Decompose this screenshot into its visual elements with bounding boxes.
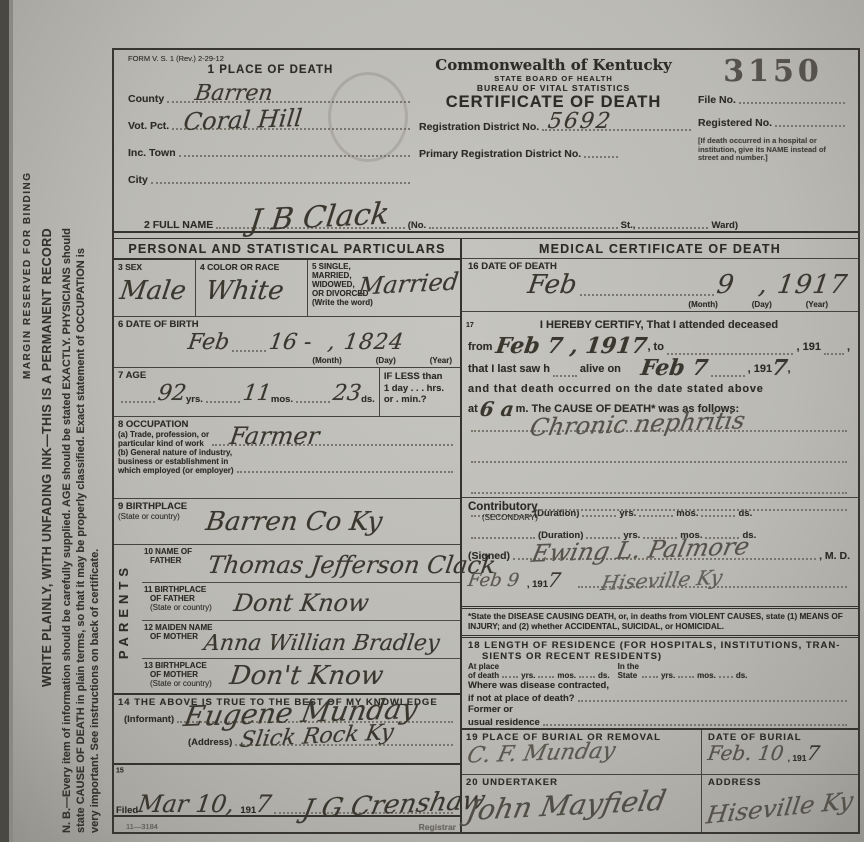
time-of-death-value: 6 a: [478, 399, 515, 419]
inc-town-label: Inc. Town: [128, 147, 176, 159]
form-code: FORM V. S. 1 (Rev.) 2-29-12: [128, 54, 413, 63]
hospital-instruction-note: [If death occurred in a hospital or inst…: [698, 137, 848, 163]
dotted-line: J B Clack: [216, 218, 404, 229]
dotted-line: [667, 344, 794, 355]
form-header: FORM V. S. 1 (Rev.) 2-29-12 1 PLACE OF D…: [114, 50, 858, 198]
dotted-line: [471, 483, 847, 494]
dotted-line: [538, 667, 554, 678]
signed-date-address-line: Feb 9 , 191 7 Hiseville Ky: [468, 570, 850, 590]
last-saw-label: that I last saw h: [468, 359, 550, 379]
to-comma: ,: [847, 337, 850, 357]
dod-day-sublabel: (Day): [752, 300, 772, 309]
registrar-label: Registrar: [116, 822, 456, 832]
residence-section: 18 LENGTH OF RESIDENCE (FOR HOSPITALS, I…: [462, 638, 858, 730]
certificate-number: 3150: [698, 54, 848, 89]
dob-label: 6 DATE OF BIRTH: [118, 319, 460, 330]
county-label: County: [128, 93, 164, 105]
month-sublabel: (Month): [312, 356, 341, 365]
mother-birthplace-row: 13 BIRTHPLACE OF MOTHER (State or countr…: [142, 659, 460, 694]
age-label: 7 AGE: [118, 370, 379, 381]
full-name-label: 2 FULL NAME: [144, 219, 213, 231]
filed-date-value: Mar 10,: [136, 792, 236, 816]
signed-year-digit: 7: [547, 570, 563, 590]
father-birthplace-row: 11 BIRTHPLACE OF FATHER (State or countr…: [142, 583, 460, 621]
dotted-line: [471, 452, 847, 463]
if-less-line1: IF LESS than: [384, 371, 458, 383]
dotted-line: [296, 392, 330, 403]
registration-district-value: 5692: [547, 111, 614, 133]
inc-town-field: Inc. Town: [128, 132, 413, 159]
death-occurred-line: and that death occurred on the date stat…: [468, 379, 850, 399]
dotted-line: [471, 528, 535, 539]
filed-year-digit: 7: [255, 792, 274, 816]
knowledge-section: 14 THE ABOVE IS TRUE TO THE BEST OF MY K…: [114, 695, 460, 765]
dotted-line: [580, 285, 714, 296]
to-191: , 191: [796, 337, 820, 357]
contributory-line: Contributory: [468, 500, 850, 513]
state-board-line: STATE BOARD OF HEALTH: [413, 74, 694, 83]
in-the-label2: State: [618, 671, 639, 680]
date-of-death-row: 16 DATE OF DEATH Feb 9 , 1917 (Month) (D…: [462, 259, 858, 312]
dod-year-value: , 1917: [757, 272, 849, 298]
dotted-line: [579, 667, 595, 678]
street-no-label: (No.: [408, 220, 426, 231]
contracted-label-line1: Where was disease contracted,: [468, 680, 850, 691]
race-value: White: [204, 278, 285, 304]
dob-month-value: Feb: [186, 332, 230, 354]
at-label: at: [468, 399, 478, 419]
dod-month-value: Feb: [526, 272, 578, 298]
attended-from-line: from Feb 7 , 1917 , to , 191 ,: [468, 335, 850, 357]
dotted-line: Farmer: [212, 435, 453, 446]
r1-mos: mos.: [557, 671, 576, 680]
occupation-b-line2: business or establishment in: [118, 457, 234, 466]
margin-binding-note: MARGIN RESERVED FOR BINDING: [22, 55, 33, 495]
county-value: Barren: [194, 83, 275, 105]
street-label: St.,: [621, 220, 636, 231]
occupation-a-line1: (a) Trade, profession, or: [118, 430, 209, 439]
dotted-line: [824, 344, 844, 355]
certify-number: 17: [466, 316, 474, 336]
registered-no-label: Registered No.: [698, 117, 772, 129]
dotted-line: Ewing L. Palmore: [513, 549, 816, 560]
primary-district-label: Primary Registration District No.: [419, 148, 581, 160]
age-days-value: 23: [332, 383, 363, 405]
if-less-line3: or . min.?: [384, 394, 458, 406]
father-name-value: Thomas Jefferson Clack: [206, 553, 497, 577]
file-no-label: File No.: [698, 94, 736, 106]
dotted-line: Chronic nephritis: [471, 421, 847, 432]
dotted-line: [502, 667, 518, 678]
dotted-line: [237, 462, 453, 473]
burial-place-value: C. F. Munday: [465, 740, 617, 767]
dotted-line: [642, 667, 658, 678]
dotted-line: Slick Rock Ky: [235, 735, 453, 746]
dotted-line: [206, 392, 240, 403]
dod-day-value: 9: [715, 272, 735, 298]
dod-sublabels: (Month) (Day) (Year): [688, 300, 828, 309]
personal-section-title: PERSONAL AND STATISTICAL PARTICULARS: [114, 239, 460, 260]
dotted-line: [578, 691, 847, 702]
last-seen-191: , 191: [748, 359, 772, 379]
file-no-field: File No.: [698, 93, 848, 106]
ward-label: Ward): [711, 220, 738, 231]
dotted-line: [151, 173, 410, 184]
file-number-block: 3150 File No. Registered No. [If death o…: [694, 50, 858, 198]
occupation-b-line3: which employed (or employer): [118, 466, 234, 475]
full-name-row: 2 FULL NAME J B Clack (No. St., Ward): [114, 198, 858, 231]
dotted-line: [121, 392, 155, 403]
margin-nb-note: N. B.—Every item of information should b…: [60, 225, 106, 833]
cause-line: Chronic nephritis: [468, 421, 850, 434]
dotted-line: Eugene Munday: [177, 712, 453, 723]
filed-row: 15 Filed Mar 10, 191 7 J G Crenshaw Regi…: [114, 765, 460, 817]
md-label: , M. D.: [819, 550, 850, 562]
filed-label: Filed: [116, 805, 138, 816]
residence-label-line2: SIENTS OR RECENT RESIDENTS): [468, 651, 850, 662]
dod-year-sublabel: (Year): [806, 300, 828, 309]
commonwealth-title: Commonwealth of Kentucky: [413, 56, 694, 74]
burial-place-cell: 19 PLACE OF BURIAL OR REMOVAL C. F. Mund…: [462, 730, 702, 774]
parents-section: PARENTS 10 NAME OF FATHER Thomas Jeffers…: [114, 545, 460, 695]
dotted-line: [429, 218, 617, 229]
last-seen-value: Feb 7: [639, 357, 709, 379]
signed-191: , 191: [527, 579, 548, 590]
burial-row: 19 PLACE OF BURIAL OR REMOVAL C. F. Mund…: [462, 730, 858, 775]
undertaker-address-cell: ADDRESS Hiseville Ky: [702, 775, 858, 832]
father-name-row: 10 NAME OF FATHER Thomas Jefferson Clack: [142, 545, 460, 583]
dotted-line: Hiseville Ky: [578, 577, 847, 588]
sex-label: 3 SEX: [118, 262, 195, 272]
r2-yrs: yrs.: [661, 671, 675, 680]
dotted-line: Coral Hill: [172, 119, 410, 130]
dotted-line: [179, 146, 410, 157]
r1-ds: ds.: [598, 671, 610, 680]
r2-mos: mos.: [697, 671, 716, 680]
dotted-line: [543, 715, 847, 726]
cause-extra-line: [468, 452, 850, 465]
mos-label: mos.: [271, 394, 293, 405]
residence-label-line1: 18 LENGTH OF RESIDENCE (FOR HOSPITALS, I…: [468, 640, 850, 651]
yrs-label: yrs.: [186, 394, 203, 405]
informant-address-label: (Address): [188, 737, 232, 748]
dotted-line: [775, 116, 845, 127]
dotted-line: [711, 366, 745, 377]
dotted-line: [739, 93, 845, 104]
date-of-birth-row: 6 DATE OF BIRTH Feb 16 - , 1824 (Month) …: [114, 317, 460, 368]
county-field: County Barren: [128, 78, 413, 105]
city-label: City: [128, 174, 148, 186]
secondary-sublabel: (SECONDARY): [468, 513, 850, 522]
occupation-row: 8 OCCUPATION (a) Trade, profession, or p…: [114, 417, 460, 499]
city-field: City: [128, 159, 413, 186]
at-place-label2: of death: [468, 671, 499, 680]
if-less-cell: IF LESS than 1 day . . . hrs. or . min.?: [379, 368, 460, 416]
undertaker-address-value: Hiseville Ky: [705, 789, 855, 828]
mother-name-row: 12 MAIDEN NAME OF MOTHER Anna Willian Br…: [142, 621, 460, 659]
registered-no-field: Registered No.: [698, 116, 848, 129]
vot-pct-label: Vot. Pct.: [128, 120, 169, 132]
full-name-value: J B Clack: [248, 199, 391, 236]
race-label: 4 COLOR OR RACE: [200, 262, 307, 272]
dob-sublabels: (Month) (Day) (Year): [312, 356, 452, 365]
burial-191: , 191: [788, 753, 807, 763]
r2-ds: ds.: [736, 671, 748, 680]
race-cell: 4 COLOR OR RACE White: [196, 260, 308, 316]
age-cell: 7 AGE 92 yrs. 11 mos. 23 ds.: [114, 368, 379, 416]
bureau-line: BUREAU OF VITAL STATISTICS: [413, 83, 694, 93]
attended-from-value: Feb 7 , 1917: [495, 335, 649, 357]
registrar-signature: J G Crenshaw: [301, 787, 488, 822]
personal-column: PERSONAL AND STATISTICAL PARTICULARS 3 S…: [114, 239, 462, 832]
alive-on-label: alive on: [580, 359, 621, 379]
voting-precinct-field: Vot. Pct. Coral Hill: [128, 105, 413, 132]
primary-district-field: Primary Registration District No.: [413, 147, 694, 160]
mother-name-value: Anna Willian Bradley: [202, 633, 440, 655]
dotted-line: [553, 366, 577, 377]
undertaker-address-label: ADDRESS: [708, 777, 858, 788]
informant-address-value: Slick Rock Ky: [239, 722, 396, 752]
last-saw-line: that I last saw h alive on Feb 7 , 191 7…: [468, 357, 850, 379]
sex-race-marital-row: 3 SEX Male 4 COLOR OR RACE White 5 SINGL…: [114, 260, 460, 317]
informant-label: (Informant): [124, 714, 174, 725]
signed-date-value: Feb 9: [467, 572, 520, 590]
dotted-line: [232, 341, 266, 352]
birthplace-value: Barren Co Ky: [204, 509, 384, 535]
parents-vertical-label: PARENTS: [116, 563, 131, 659]
dotted-line: [638, 218, 708, 229]
commonwealth-block: Commonwealth of Kentucky STATE BOARD OF …: [413, 50, 694, 198]
medical-section-title: MEDICAL CERTIFICATE OF DEATH: [462, 239, 858, 259]
dob-year-value: , 1824: [326, 332, 405, 354]
signed-label: (Signed): [468, 550, 510, 562]
certificate-form: FORM V. S. 1 (Rev.) 2-29-12 1 PLACE OF D…: [112, 48, 860, 834]
birthplace-row: 9 BIRTHPLACE (State or country) Barren C…: [114, 499, 460, 545]
place-of-death-heading: 1 PLACE OF DEATH: [128, 64, 413, 76]
former-label-line1: Former or: [468, 704, 850, 715]
occupation-a-line2: particular kind of work: [118, 439, 209, 448]
sex-value: Male: [118, 278, 187, 304]
cause-of-death-value: Chronic nephritis: [528, 408, 747, 439]
undertaker-cell: 20 UNDERTAKER John Mayfield: [462, 775, 702, 832]
age-months-value: 11: [241, 383, 272, 405]
cause-footnote: *State the DISEASE CAUSING DEATH, or, in…: [462, 606, 858, 638]
from-label: from: [468, 337, 492, 357]
marital-label-line5: (Write the word): [312, 298, 460, 307]
certify-statement: I HEREBY CERTIFY, That I attended deceas…: [540, 315, 778, 335]
burial-date-cell: DATE OF BURIAL Feb. 10 , 191 7: [702, 730, 858, 774]
cause-extra-line2: [468, 483, 850, 496]
residence-duration-line: At place of death yrs. mos. ds. In the S…: [468, 662, 850, 680]
age-row: 7 AGE 92 yrs. 11 mos. 23 ds.: [114, 368, 460, 417]
age-years-value: 92: [156, 383, 187, 405]
occupation-b-line1: (b) General nature of industry,: [118, 448, 234, 457]
undertaker-value: John Mayfield: [464, 787, 668, 825]
father-bp-value: Dont Know: [232, 591, 370, 615]
marital-value: Married: [357, 269, 460, 298]
marital-cell: 5 SINGLE, MARRIED, WIDOWED, OR DIVORCED …: [308, 260, 460, 316]
place-of-death-block: FORM V. S. 1 (Rev.) 2-29-12 1 PLACE OF D…: [114, 50, 413, 198]
burial-date-value: Feb. 10: [707, 743, 785, 763]
dotted-line: [678, 667, 694, 678]
dotted-line: 5692: [542, 120, 691, 131]
dotted-line: [719, 667, 733, 678]
margin-write-plainly-note: WRITE PLAINLY, WITH UNFADING INK—THIS IS…: [40, 170, 54, 745]
certification-section: 17 I HEREBY CERTIFY, That I attended dec…: [462, 312, 858, 498]
form-body: PERSONAL AND STATISTICAL PARTICULARS 3 S…: [114, 239, 858, 832]
day-sublabel: (Day): [376, 356, 396, 365]
physician-signature: Ewing L. Palmore: [530, 534, 752, 566]
former-label-line2: usual residence: [468, 717, 540, 728]
dotted-line: [584, 147, 618, 158]
ds-label: ds.: [361, 394, 375, 405]
r1-yrs: yrs.: [521, 671, 535, 680]
burial-year-digit: 7: [805, 743, 821, 763]
contributory-label: Contributory: [468, 501, 538, 513]
death-certificate-photo: MARGIN RESERVED FOR BINDING WRITE PLAINL…: [0, 0, 864, 842]
dotted-line: [541, 500, 847, 511]
registration-district-field: Registration District No. 5692: [413, 120, 694, 133]
header-divider: [114, 231, 858, 239]
undertaker-row: 20 UNDERTAKER John Mayfield ADDRESS Hise…: [462, 775, 858, 832]
vot-pct-value: Coral Hill: [183, 106, 304, 134]
dotted-line: Barren: [167, 92, 410, 103]
dod-month-sublabel: (Month): [688, 300, 717, 309]
year-sublabel: (Year): [430, 356, 452, 365]
to-label: , to: [647, 337, 664, 357]
dob-day-value: 16 -: [268, 332, 314, 354]
filed-number: 15: [116, 768, 124, 775]
medical-column: MEDICAL CERTIFICATE OF DEATH 16 DATE OF …: [462, 239, 858, 832]
at-place-label1: At place: [468, 662, 499, 671]
occupation-value: Farmer: [228, 424, 321, 448]
signed-line: (Signed) Ewing L. Palmore , M. D.: [468, 549, 850, 562]
if-less-line2: 1 day . . . hrs.: [384, 383, 458, 395]
sex-cell: 3 SEX Male: [114, 260, 196, 316]
dotted-line: J G Crenshaw: [274, 803, 453, 814]
contracted-label-line2: if not at place of death?: [468, 693, 575, 704]
contributory-signed-section: Contributory (SECONDARY) (Duration) yrs.…: [462, 498, 858, 606]
registration-district-label: Registration District No.: [419, 121, 539, 133]
last-seen-digit: 7: [771, 357, 789, 379]
in-the-label1: In the: [618, 662, 639, 671]
mother-bp-value: Don't Know: [228, 663, 385, 689]
physician-address-value: Hiseville Ky: [599, 567, 724, 593]
